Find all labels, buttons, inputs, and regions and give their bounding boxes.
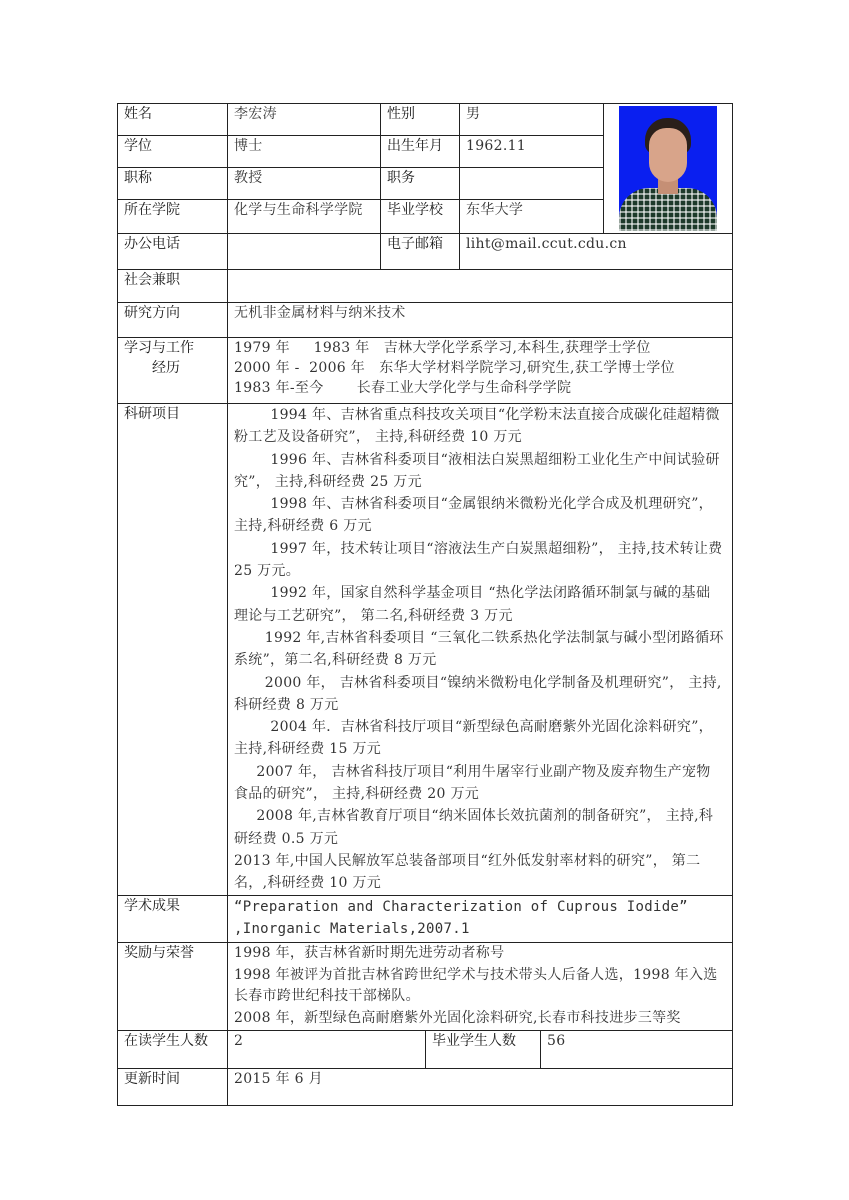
project-item: 1997 年，技术转让项目“溶液法生产白炭黑超细粉”， 主持,技术转让费 25 … — [234, 538, 724, 583]
updated-label: 更新时间 — [118, 1069, 228, 1106]
row-students: 在读学生人数 2 毕业学生人数 56 — [118, 1031, 733, 1069]
profile-page: 姓名 李宏涛 性别 男 学位 博士 出生年月 1962.11 职称 教授 职务 — [0, 0, 849, 1200]
awards-list: 1998 年，获吉林省新时期先进劳动者称号 1998 年被评为首批吉林省跨世纪学… — [228, 943, 733, 1031]
email-label: 电子邮箱 — [381, 234, 460, 270]
phone-value — [228, 234, 381, 270]
title-value: 教授 — [228, 168, 381, 200]
gender-label: 性别 — [381, 104, 460, 136]
school-label: 毕业学校 — [381, 200, 460, 234]
school-value: 东华大学 — [460, 200, 604, 234]
phone-label: 办公电话 — [118, 234, 228, 270]
award-item: 2008 年，新型绿色高耐磨紫外光固化涂料研究,长春市科技进步三等奖 — [234, 1008, 726, 1030]
experience-label-line2: 经历 — [124, 358, 227, 378]
position-label: 职务 — [381, 168, 460, 200]
row-social: 社会兼职 — [118, 270, 733, 303]
row-name: 姓名 李宏涛 性别 男 — [118, 104, 733, 136]
experience-list: 1979 年 1983 年 吉林大学化学系学习,本科生,获理学士学位 2000 … — [228, 338, 733, 404]
project-item: 2008 年,吉林省教育厅项目“纳米固体长效抗菌剂的制备研究”， 主持,科研经费… — [234, 805, 724, 850]
achievements-label: 学术成果 — [118, 896, 228, 943]
experience-item: 2000 年 - 2006 年 东华大学材料学院学习,研究生,获工学博士学位 — [234, 358, 732, 378]
experience-item: 1979 年 1983 年 吉林大学化学系学习,本科生,获理学士学位 — [234, 338, 732, 358]
faculty-profile-table: 姓名 李宏涛 性别 男 学位 博士 出生年月 1962.11 职称 教授 职务 — [117, 103, 733, 1031]
social-label: 社会兼职 — [118, 270, 228, 303]
project-item: 1994 年、吉林省重点科技攻关项目“化学粉末法直接合成碳化硅超精微粉工艺及设备… — [234, 404, 724, 449]
college-label: 所在学院 — [118, 200, 228, 234]
current-students-value: 2 — [228, 1031, 426, 1069]
current-students-label: 在读学生人数 — [118, 1031, 228, 1069]
project-item: 1992 年,吉林省科委项目 “三氧化二铁系热化学法制氯与碱小型闭路循环系统”，… — [234, 627, 724, 672]
row-achievements: 学术成果 “Preparation and Characterization o… — [118, 896, 733, 943]
project-item: 2004 年．吉林省科技厅项目“新型绿色高耐磨紫外光固化涂料研究”，主持,科研经… — [234, 716, 724, 761]
plaid-shirt-shape — [619, 188, 717, 231]
achievements-value: “Preparation and Characterization of Cup… — [228, 896, 733, 943]
row-updated: 更新时间 2015 年 6 月 — [118, 1069, 733, 1106]
birth-label: 出生年月 — [381, 136, 460, 168]
award-item: 1998 年，获吉林省新时期先进劳动者称号 — [234, 943, 726, 965]
project-item: 1998 年、吉林省科委项目“金属银纳米微粉光化学合成及机理研究”，主持,科研经… — [234, 493, 724, 538]
row-awards: 奖励与荣誉 1998 年，获吉林省新时期先进劳动者称号 1998 年被评为首批吉… — [118, 943, 733, 1031]
experience-label-line1: 学习与工作 — [124, 338, 227, 358]
row-experience: 学习与工作 经历 1979 年 1983 年 吉林大学化学系学习,本科生,获理学… — [118, 338, 733, 404]
project-item: 1992 年，国家自然科学基金项目 “热化学法闭路循环制氯与碱的基础理论与工艺研… — [234, 582, 724, 627]
project-item: 1996 年、吉林省科委项目“液相法白炭黑超细粉工业化生产中间试验研究”， 主持… — [234, 449, 724, 494]
projects-label: 科研项目 — [118, 404, 228, 896]
students-table: 在读学生人数 2 毕业学生人数 56 更新时间 2015 年 6 月 — [117, 1030, 733, 1106]
projects-list: 1994 年、吉林省重点科技攻关项目“化学粉末法直接合成碳化硅超精微粉工艺及设备… — [228, 404, 733, 896]
birth-value: 1962.11 — [460, 136, 604, 168]
project-item: 2000 年， 吉林省科委项目“镍纳米微粉电化学制备及机理研究”， 主持,科研经… — [234, 672, 724, 717]
social-value — [228, 270, 733, 303]
graduated-students-label: 毕业学生人数 — [426, 1031, 541, 1069]
research-value: 无机非金属材料与纳米技术 — [228, 303, 733, 338]
experience-label: 学习与工作 经历 — [118, 338, 228, 404]
project-item: 2007 年， 吉林省科技厅项目“利用牛屠宰行业副产物及废弃物生产宠物食品的研究… — [234, 761, 724, 806]
experience-item: 1983 年-至今 长春工业大学化学与生命科学学院 — [234, 378, 732, 398]
awards-label: 奖励与荣誉 — [118, 943, 228, 1031]
award-item: 1998 年被评为首批吉林省跨世纪学术与技术带头人后备人选，1998 年入选长春… — [234, 965, 726, 1008]
photo-cell — [604, 104, 733, 234]
face-shape — [649, 128, 687, 182]
name-value: 李宏涛 — [228, 104, 381, 136]
degree-value: 博士 — [228, 136, 381, 168]
row-research: 研究方向 无机非金属材料与纳米技术 — [118, 303, 733, 338]
updated-value: 2015 年 6 月 — [228, 1069, 733, 1106]
gender-value: 男 — [460, 104, 604, 136]
college-value: 化学与生命科学学院 — [228, 200, 381, 234]
research-label: 研究方向 — [118, 303, 228, 338]
portrait-photo — [619, 106, 717, 231]
project-item: 2013 年,中国人民解放军总装备部项目“红外低发射率材料的研究”， 第二名，,… — [234, 850, 724, 895]
graduated-students-value: 56 — [541, 1031, 733, 1069]
degree-label: 学位 — [118, 136, 228, 168]
row-projects: 科研项目 1994 年、吉林省重点科技攻关项目“化学粉末法直接合成碳化硅超精微粉… — [118, 404, 733, 896]
title-label: 职称 — [118, 168, 228, 200]
row-contact: 办公电话 电子邮箱 liht@mail.ccut.cdu.cn — [118, 234, 733, 270]
email-value[interactable]: liht@mail.ccut.cdu.cn — [460, 234, 733, 270]
position-value — [460, 168, 604, 200]
name-label: 姓名 — [118, 104, 228, 136]
